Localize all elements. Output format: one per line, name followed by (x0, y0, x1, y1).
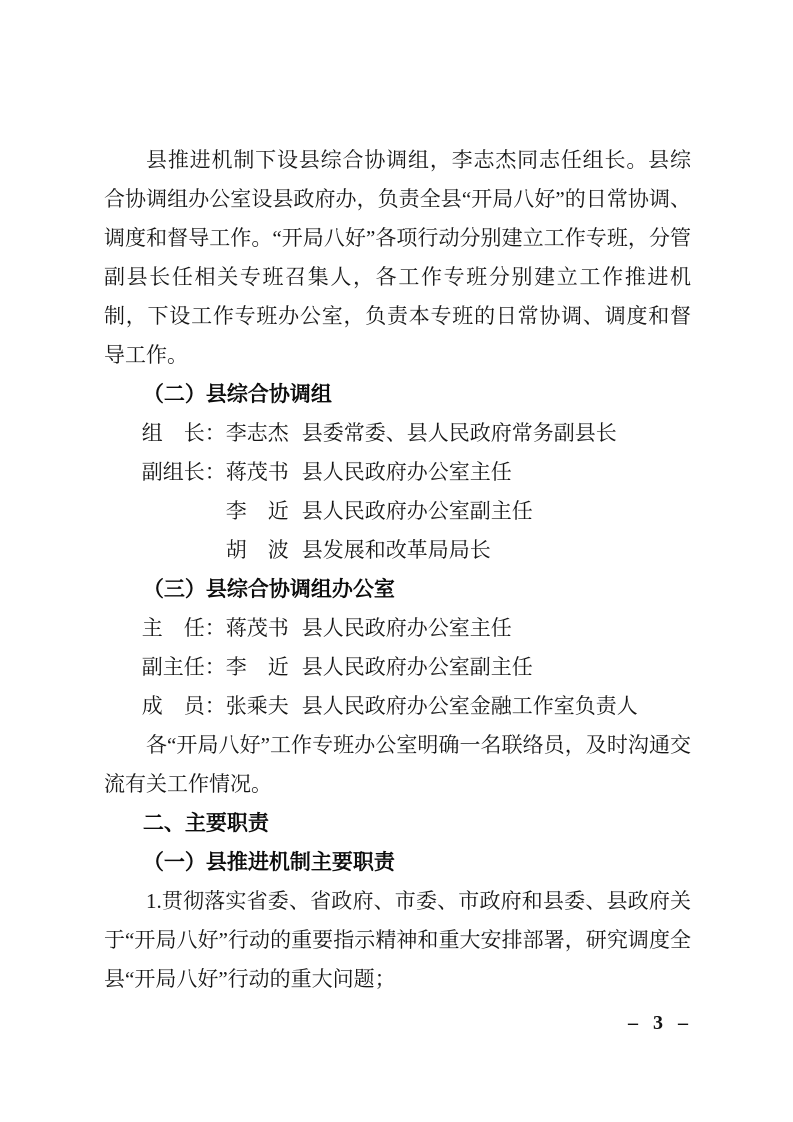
section-3-heading: （三）县综合协调组办公室 (104, 570, 691, 609)
duties-heading: 二、主要职责 (104, 804, 691, 843)
roster-row: 胡 波县发展和改革局局长 (104, 531, 691, 570)
duty-item-1: 1.贯彻落实省委、省政府、市委、市政府和县委、县政府关于“开局八好”行动的重要指… (104, 882, 691, 999)
page-number: – 3 – (628, 1012, 693, 1035)
member-title: 县人民政府办公室主任 (302, 616, 512, 640)
roster-row: 成 员：张乘夫县人民政府办公室金融工作室负责人 (104, 687, 691, 726)
member-title: 县人民政府办公室副主任 (302, 655, 533, 679)
member-name: 张乘夫 (226, 694, 289, 718)
member-title: 县人民政府办公室金融工作室负责人 (302, 694, 638, 718)
section-2-heading: （二）县综合协调组 (104, 375, 691, 414)
member-name: 蒋茂书 (226, 616, 289, 640)
member-title: 县发展和改革局局长 (302, 538, 491, 562)
duties-sub-heading: （一）县推进机制主要职责 (104, 843, 691, 882)
intro-paragraph: 县推进机制下设县综合协调组，李志杰同志任组长。县综合协调组办公室设县政府办，负责… (104, 141, 691, 375)
roster-row: 主 任：蒋茂书县人民政府办公室主任 (104, 609, 691, 648)
member-name: 李志杰 (226, 421, 289, 445)
member-role: 副组长： (142, 460, 226, 484)
member-role: 副主任： (142, 655, 226, 679)
roster-row: 副组长：蒋茂书县人民政府办公室主任 (104, 453, 691, 492)
member-title: 县人民政府办公室主任 (302, 460, 512, 484)
member-role: 组 长： (142, 421, 226, 445)
roster-row: 李 近县人民政府办公室副主任 (104, 492, 691, 531)
document-page: 县推进机制下设县综合协调组，李志杰同志任组长。县综合协调组办公室设县政府办，负责… (0, 0, 793, 1122)
liaison-paragraph: 各“开局八好”工作专班办公室明确一名联络员，及时沟通交流有关工作情况。 (104, 726, 691, 804)
member-title: 县委常委、县人民政府常务副县长 (302, 421, 617, 445)
member-role: 主 任： (142, 616, 226, 640)
member-name: 李 近 (226, 655, 289, 679)
member-name: 胡 波 (226, 538, 289, 562)
member-role (142, 538, 226, 562)
member-name: 李 近 (226, 499, 289, 523)
member-role (142, 499, 226, 523)
member-name: 蒋茂书 (226, 460, 289, 484)
roster-row: 副主任：李 近县人民政府办公室副主任 (104, 648, 691, 687)
member-title: 县人民政府办公室副主任 (302, 499, 533, 523)
document-content: 县推进机制下设县综合协调组，李志杰同志任组长。县综合协调组办公室设县政府办，负责… (104, 141, 691, 999)
member-role: 成 员： (142, 694, 226, 718)
roster-row: 组 长：李志杰县委常委、县人民政府常务副县长 (104, 414, 691, 453)
